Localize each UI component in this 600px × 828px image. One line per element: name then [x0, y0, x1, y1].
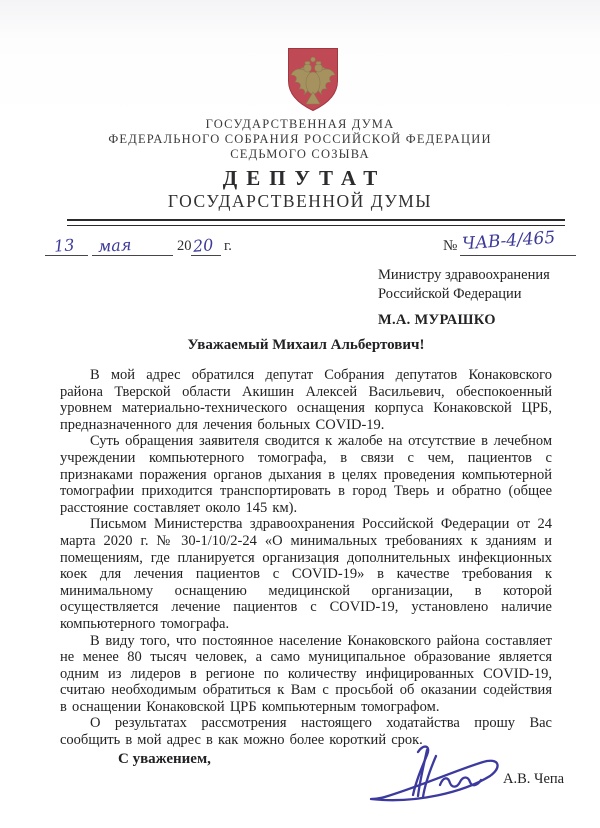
date-year-prefix: 20 — [177, 238, 192, 255]
org-line-2: ФЕДЕРАЛЬНОГО СОБРАНИЯ РОССИЙСКОЙ ФЕДЕРАЦ… — [0, 132, 600, 147]
date-day-underline — [45, 255, 88, 256]
letterhead-subtitle: ГОСУДАРСТВЕННОЙ ДУМЫ — [0, 191, 600, 212]
date-year-unit: г. — [224, 238, 232, 255]
handwritten-signature-icon — [366, 740, 514, 812]
letterhead-divider-rule — [67, 219, 565, 226]
letter-body: Уважаемый Михаил Альбертович! В мой адре… — [60, 337, 552, 749]
paragraph-4: В виду того, что постоянное население Ко… — [60, 633, 552, 716]
org-line-1: ГОСУДАРСТВЕННАЯ ДУМА — [0, 117, 600, 132]
doc-number-handwritten: ЧАВ-4/465 — [461, 228, 555, 254]
addressee-name: М.А. МУРАШКО — [378, 311, 550, 330]
doc-number-underline — [460, 255, 576, 256]
salutation: Уважаемый Михаил Альбертович! — [60, 337, 552, 354]
paragraph-1: В мой адрес обратился депутат Собрания д… — [60, 367, 552, 433]
addressee-line-1: Министру здравоохранения — [378, 266, 550, 285]
date-year-handwritten: 20 — [192, 235, 214, 256]
letterhead-org-block: ГОСУДАРСТВЕННАЯ ДУМА ФЕДЕРАЛЬНОГО СОБРАН… — [0, 117, 600, 162]
date-year-underline — [191, 255, 221, 256]
org-line-3: СЕДЬМОГО СОЗЫВА — [0, 147, 600, 162]
doc-number-sign: № — [443, 238, 457, 255]
date-month-underline — [92, 255, 173, 256]
paragraph-3: Письмом Министерства здравоохранения Рос… — [60, 516, 552, 632]
date-day-handwritten: 13 — [53, 235, 75, 255]
date-month-handwritten: мая — [98, 235, 132, 256]
scanned-letter-page: ГОСУДАРСТВЕННАЯ ДУМА ФЕДЕРАЛЬНОГО СОБРАН… — [0, 0, 600, 828]
valediction: С уважением, — [118, 751, 211, 768]
addressee-line-2: Российской Федерации — [378, 285, 550, 304]
addressee-block: Министру здравоохранения Российской Феде… — [378, 266, 550, 330]
russia-coat-of-arms-icon — [287, 47, 339, 112]
paragraph-2: Суть обращения заявителя сводится к жало… — [60, 433, 552, 516]
letterhead-title: ДЕПУТАТ — [0, 166, 600, 191]
signer-name: А.В. Чепа — [503, 771, 564, 788]
